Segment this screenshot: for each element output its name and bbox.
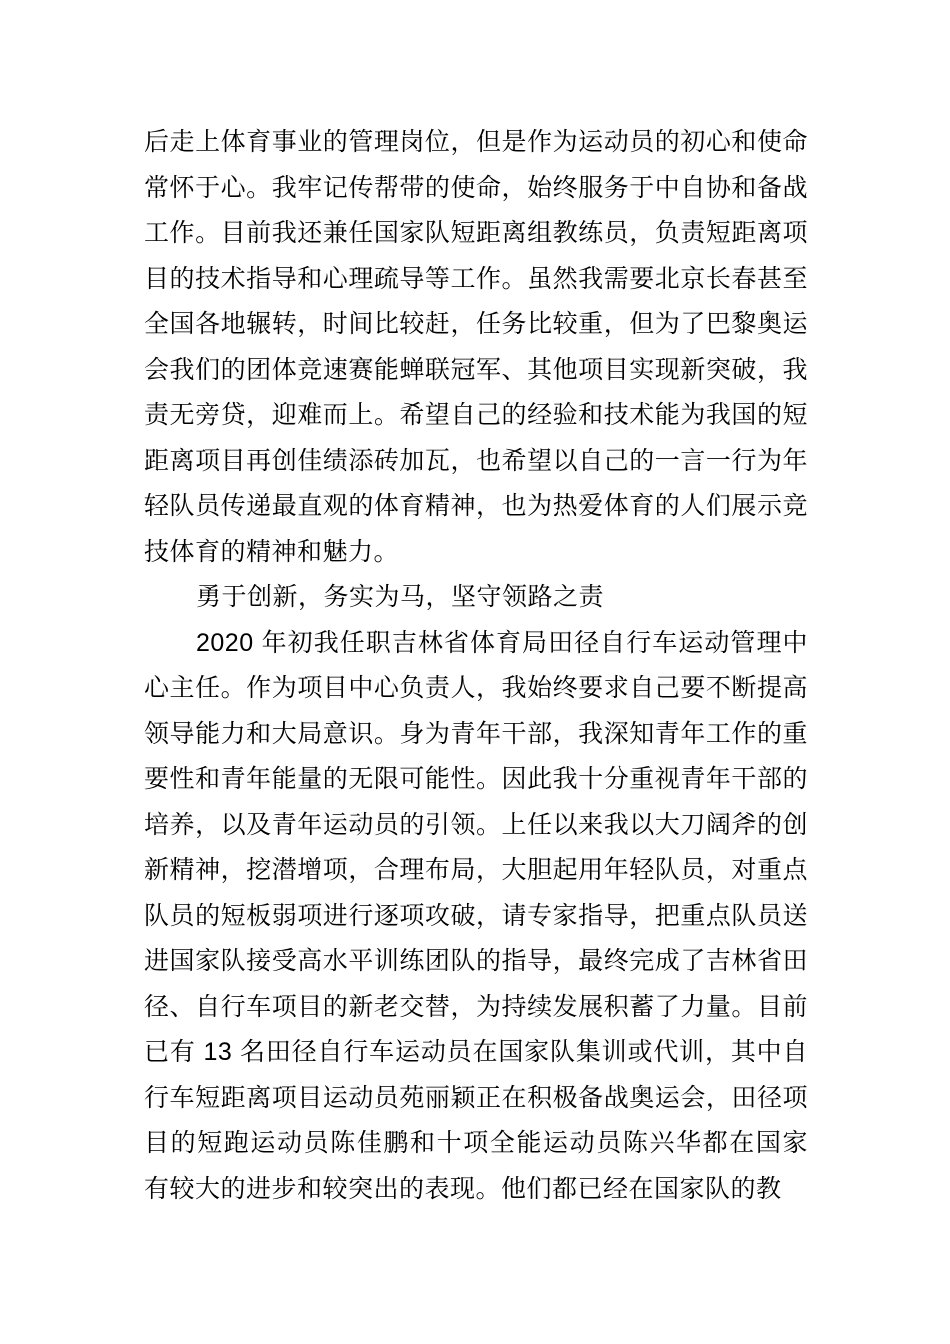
text-line: 全国各地辗转，时间比较赶，任务比较重，但为了巴黎奥运 bbox=[144, 302, 808, 348]
text-line: 2020 年初我任职吉林省体育局田径自行车运动管理中 bbox=[144, 621, 808, 667]
text-line: 要性和青年能量的无限可能性。因此我十分重视青年干部的 bbox=[144, 757, 808, 803]
text-line: 工作。目前我还兼任国家队短距离组教练员，负责短距离项 bbox=[144, 211, 808, 257]
text-line: 责无旁贷，迎难而上。希望自己的经验和技术能为我国的短 bbox=[144, 393, 808, 439]
text-line: 径、自行车项目的新老交替，为持续发展积蓄了力量。目前 bbox=[144, 985, 808, 1031]
text-line: 有较大的进步和较突出的表现。他们都已经在国家队的教 bbox=[144, 1167, 808, 1213]
text-line: 领导能力和大局意识。身为青年干部，我深知青年工作的重 bbox=[144, 712, 808, 758]
text-line: 后走上体育事业的管理岗位，但是作为运动员的初心和使命 bbox=[144, 120, 808, 166]
text-line: 常怀于心。我牢记传帮带的使命，始终服务于中自协和备战 bbox=[144, 166, 808, 212]
text-line: 目的短跑运动员陈佳鹏和十项全能运动员陈兴华都在国家 队 bbox=[144, 1121, 808, 1167]
document-text-block: 后走上体育事业的管理岗位，但是作为运动员的初心和使命 常怀于心。我牢记传帮带的使… bbox=[144, 120, 808, 1212]
text-line: 新精神，挖潜增项，合理布局，大胆起用年轻队员，对重点 bbox=[144, 848, 808, 894]
section-heading-line: 勇于创新，务实为马，坚守领路之责 bbox=[144, 575, 808, 621]
document-page: 后走上体育事业的管理岗位，但是作为运动员的初心和使命 常怀于心。我牢记传帮带的使… bbox=[0, 0, 950, 1344]
text-line: 已有 13 名田径自行车运动员在国家队集训或代训，其中自 bbox=[144, 1030, 808, 1076]
text-line: 技体育的精神和魅力。 bbox=[144, 530, 808, 576]
paragraph-body: 2020 年初我任职吉林省体育局田径自行车运动管理中 心主任。作为项目中心负责人… bbox=[144, 621, 808, 1213]
text-line: 会我们的团体竞速赛能蝉联冠军、其他项目实现新突破，我 bbox=[144, 348, 808, 394]
text-line: 队员的短板弱项进行逐项攻破，请专家指导，把重点队员送 bbox=[144, 894, 808, 940]
section-heading: 勇于创新，务实为马，坚守领路之责 bbox=[144, 575, 808, 621]
text-line: 距离项目再创佳绩添砖加瓦，也希望以自己的一言一行为年 bbox=[144, 439, 808, 485]
text-line: 行车短距离项目运动员苑丽颖正在积极备战奥运会，田径项 bbox=[144, 1076, 808, 1122]
text-line: 目的技术指导和心理疏导等工作。虽然我需要北京长春甚至 bbox=[144, 257, 808, 303]
text-line: 进国家队接受高水平训练团队的指导，最终完成了吉林省田 bbox=[144, 939, 808, 985]
paragraph-continuation: 后走上体育事业的管理岗位，但是作为运动员的初心和使命 常怀于心。我牢记传帮带的使… bbox=[144, 120, 808, 575]
text-line: 心主任。作为项目中心负责人，我始终要求自己要不断提高 bbox=[144, 666, 808, 712]
text-line: 培养，以及青年运动员的引领。上任以来我以大刀阔斧的创 bbox=[144, 803, 808, 849]
text-line: 轻队员传递最直观的体育精神，也为热爱体育的人们展示竞 bbox=[144, 484, 808, 530]
